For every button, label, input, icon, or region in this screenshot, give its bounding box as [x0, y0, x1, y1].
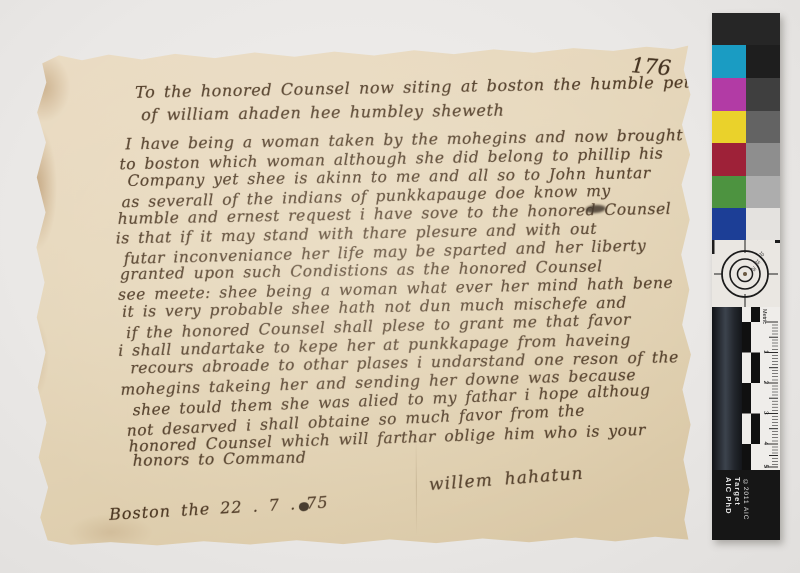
patch-row [712, 45, 780, 78]
ruler-number: 2 [762, 381, 769, 385]
patch-row [712, 111, 780, 143]
petition-heading: To the honored Counsel now siting at bos… [101, 75, 667, 125]
black-patch [712, 13, 780, 45]
yellow-patch [712, 111, 746, 143]
target-label-text: AIC PhD Target ©2011 AIC [724, 477, 749, 540]
gray-step-patch [746, 176, 780, 208]
petition-body: I have being a woman taken by the mohegi… [101, 130, 668, 467]
gray-step-patch [746, 45, 780, 78]
patch-row [712, 78, 780, 111]
dateline: Boston the 22 . 7 . 75 [109, 492, 329, 523]
metric-ruler: Metric 1 2 3 4 5 [712, 307, 780, 470]
red-patch [712, 143, 746, 176]
gray-step-patch [746, 143, 780, 176]
manuscript-text: To the honored Counsel now siting at bos… [101, 75, 669, 467]
ruler-number: 4 [762, 442, 769, 446]
target-label-patch: AIC PhD Target ©2011 AIC [712, 470, 780, 540]
resolution-circles-target: 10 15 25 [712, 240, 780, 307]
cyan-patch [712, 45, 746, 78]
green-patch [712, 176, 746, 208]
patch-row [712, 208, 780, 240]
manuscript-paper: 176 To the honored Counsel now siting at… [29, 45, 695, 548]
color-calibration-target: 10 15 25 [712, 13, 780, 540]
patch-row [712, 143, 780, 176]
gray-step-patch [746, 111, 780, 143]
ruler-number: 3 [762, 411, 769, 415]
ruler-graphic: Metric 1 2 3 4 5 [712, 307, 780, 470]
signature: willem hahatun [428, 464, 584, 495]
photographed-scan: 176 To the honored Counsel now siting at… [0, 0, 800, 573]
ruler-number: 1 [762, 350, 769, 354]
patch-row [712, 176, 780, 208]
ruler-number: 5 [762, 465, 769, 469]
circle-label: 15 [754, 258, 761, 265]
white-patch [746, 208, 780, 240]
magenta-patch [712, 78, 746, 111]
ruler-metric-label: Metric [761, 309, 767, 324]
circles-graphic: 10 15 25 [712, 240, 780, 307]
blue-patch [712, 208, 746, 240]
gray-step-patch [746, 78, 780, 111]
target-label-line: AIC PhD Target [724, 477, 742, 540]
target-label-line: ©2011 AIC [742, 479, 749, 540]
